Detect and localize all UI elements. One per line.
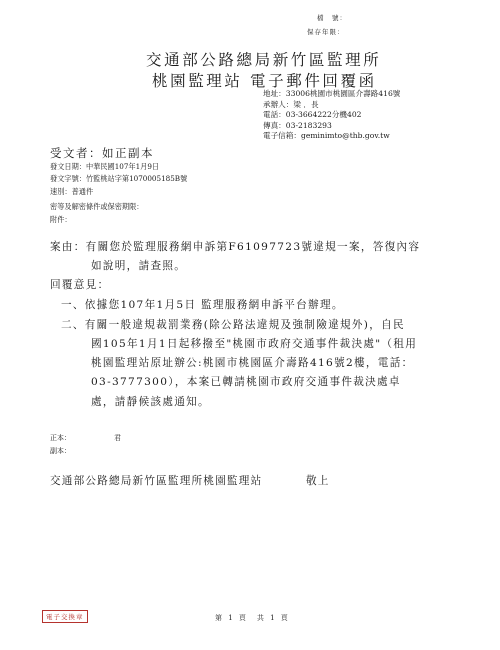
- recipient: 受文者：如正副本: [50, 145, 154, 161]
- delivery-speed: 速別：普通件: [50, 186, 187, 198]
- primary-recipient-label: 正本：: [50, 432, 71, 445]
- reply-heading: 回覆意見：: [50, 276, 109, 295]
- reply-item-2-line-3: 桃園監理站原址辦公:桃園市桃園區介壽路416號2樓，電話：: [91, 354, 413, 373]
- page-number: 第 1 頁 共 1 頁: [215, 613, 290, 623]
- title-line-2: 桃園監理站 電子郵件回覆函: [152, 69, 377, 91]
- subject-line-1: 案由：有關您於監理服務網申訴第F61097723號違規一案，答復內容: [50, 238, 420, 257]
- title-line-1: 交通部公路總局新竹區監理所: [146, 48, 381, 70]
- subject-line-2: 如說明，請查照。: [91, 257, 186, 276]
- copy-recipient-label: 副本：: [50, 445, 71, 458]
- contact-phone: 電話：03-3664222分機402: [263, 110, 400, 121]
- signature-closing: 敬上: [306, 473, 330, 488]
- secrecy-level: 密等及解密條件或保密期限：: [50, 201, 187, 213]
- signature-org: 交通部公路總局新竹區監理所桃園監理站: [50, 473, 262, 488]
- doc-info-block: 發文日期：中華民國107年1月9日 發文字號：竹監桃站字第1070005185B…: [50, 161, 187, 226]
- attachment: 附件：: [50, 214, 187, 226]
- issue-date: 發文日期：中華民國107年1月9日: [50, 161, 187, 173]
- contact-block: 地址：33006桃園市桃園區介壽路416號 承辦人：梁 ．長 電話：03-366…: [263, 89, 400, 142]
- contact-address: 地址：33006桃園市桃園區介壽路416號: [263, 89, 400, 100]
- reply-item-2-line-4: 03-3777300），本案已轉請桃園市政府交通事件裁決處卓: [91, 373, 401, 392]
- file-number-label: 檔 號：: [317, 13, 347, 22]
- contact-email: 電子信箱：geminimto@thb.gov.tw: [263, 131, 400, 142]
- retention-label: 保存年限：: [307, 27, 345, 36]
- contact-fax: 傳真：03-2183293: [263, 121, 400, 132]
- electronic-exchange-stamp: 電子交換章: [42, 610, 88, 623]
- contact-handler: 承辦人：梁 ．長: [263, 100, 400, 111]
- reply-item-2-line-5: 處，請靜候該處通知。: [91, 393, 210, 412]
- reply-item-1: 一、依據您107年1月5日 監理服務網申訴平台辦理。: [61, 296, 344, 315]
- reply-item-2-line-1: 二、有關一般違規裁罰業務(除公路法違規及強制險違規外)，自民: [61, 316, 405, 335]
- primary-recipient-value: 君: [114, 432, 121, 445]
- issue-number: 發文字號：竹監桃站字第1070005185B號: [50, 173, 187, 185]
- reply-item-2-line-2: 國105年1月1日起移撥至"桃園市政府交通事件裁決處"（租用: [91, 335, 417, 354]
